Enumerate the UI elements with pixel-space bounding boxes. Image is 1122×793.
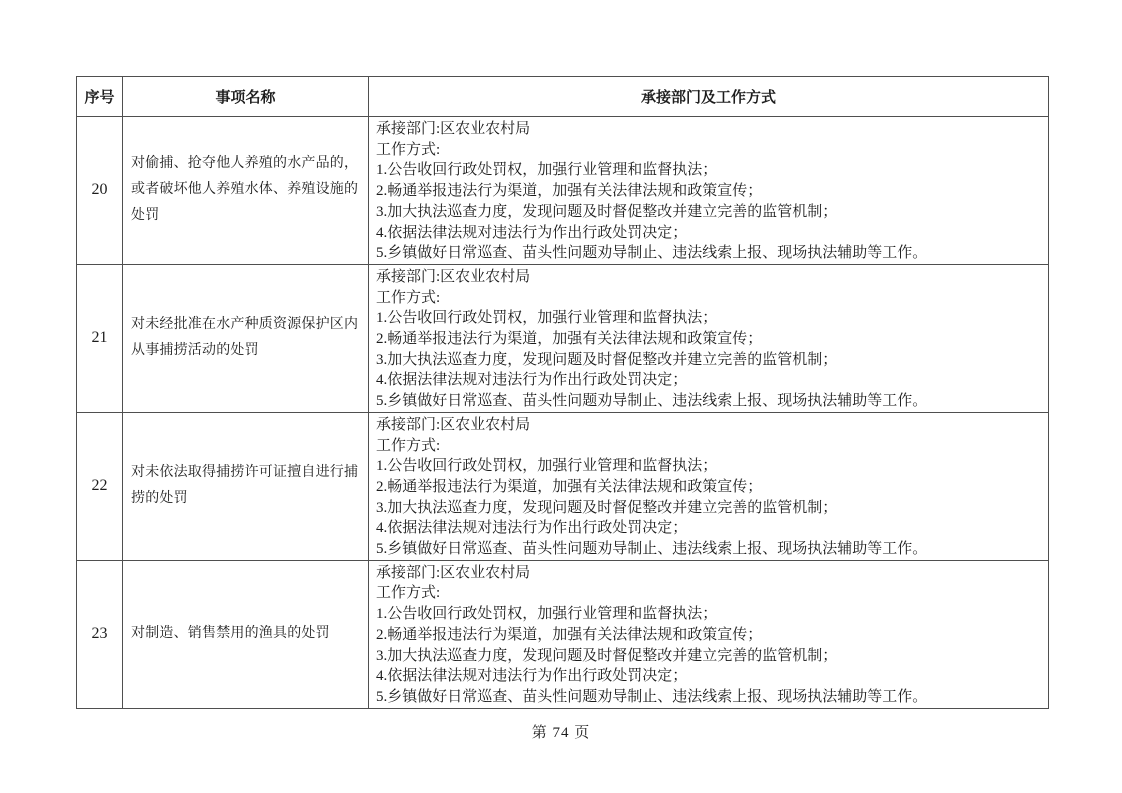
- method-item: 4.依据法律法规对违法行为作出行政处罚决定；: [376, 518, 1042, 539]
- method-item: 1.公告收回行政处罚权，加强行业管理和监督执法；: [376, 308, 1042, 329]
- item-name-cell: 对偷捕、抢夺他人养殖的水产品的，或者破坏他人养殖水体、养殖设施的处罚: [123, 117, 369, 265]
- method-item: 3.加大执法巡查力度，发现问题及时督促整改并建立完善的监管机制；: [376, 646, 1042, 667]
- method-item: 1.公告收回行政处罚权，加强行业管理和监督执法；: [376, 456, 1042, 477]
- table-row: 23 对制造、销售禁用的渔具的处罚 承接部门:区农业农村局 工作方式: 1.公告…: [77, 560, 1049, 708]
- header-item-name: 事项名称: [123, 77, 369, 117]
- method-item: 4.依据法律法规对违法行为作出行政处罚决定；: [376, 223, 1042, 244]
- method-label: 工作方式:: [376, 288, 1042, 309]
- method-item: 2.畅通举报违法行为渠道，加强有关法律法规和政策宣传；: [376, 329, 1042, 350]
- header-dept-method: 承接部门及工作方式: [369, 77, 1049, 117]
- dept-line: 承接部门:区农业农村局: [376, 267, 1042, 288]
- method-item: 2.畅通举报违法行为渠道，加强有关法律法规和政策宣传；: [376, 625, 1042, 646]
- item-name-cell: 对制造、销售禁用的渔具的处罚: [123, 560, 369, 708]
- dept-method-cell: 承接部门:区农业农村局 工作方式: 1.公告收回行政处罚权，加强行业管理和监督执…: [369, 412, 1049, 560]
- table-header-row: 序号 事项名称 承接部门及工作方式: [77, 77, 1049, 117]
- document-page: 序号 事项名称 承接部门及工作方式 20 对偷捕、抢夺他人养殖的水产品的，或者破…: [0, 0, 1122, 793]
- dept-method-cell: 承接部门:区农业农村局 工作方式: 1.公告收回行政处罚权，加强行业管理和监督执…: [369, 117, 1049, 265]
- page-number: 第 74 页: [0, 721, 1122, 742]
- method-item: 5.乡镇做好日常巡查、苗头性问题劝导制止、违法线索上报、现场执法辅助等工作。: [376, 243, 1042, 264]
- method-item: 5.乡镇做好日常巡查、苗头性问题劝导制止、违法线索上报、现场执法辅助等工作。: [376, 687, 1042, 708]
- item-name-cell: 对未经批准在水产种质资源保护区内从事捕捞活动的处罚: [123, 264, 369, 412]
- dept-method-cell: 承接部门:区农业农村局 工作方式: 1.公告收回行政处罚权，加强行业管理和监督执…: [369, 264, 1049, 412]
- seq-cell: 23: [77, 560, 123, 708]
- method-item: 4.依据法律法规对违法行为作出行政处罚决定；: [376, 666, 1042, 687]
- method-item: 5.乡镇做好日常巡查、苗头性问题劝导制止、违法线索上报、现场执法辅助等工作。: [376, 391, 1042, 412]
- method-item: 3.加大执法巡查力度，发现问题及时督促整改并建立完善的监管机制；: [376, 350, 1042, 371]
- header-seq-number: 序号: [77, 77, 123, 117]
- seq-cell: 21: [77, 264, 123, 412]
- table-row: 22 对未依法取得捕捞许可证擅自进行捕捞的处罚 承接部门:区农业农村局 工作方式…: [77, 412, 1049, 560]
- dept-method-cell: 承接部门:区农业农村局 工作方式: 1.公告收回行政处罚权，加强行业管理和监督执…: [369, 560, 1049, 708]
- table-row: 21 对未经批准在水产种质资源保护区内从事捕捞活动的处罚 承接部门:区农业农村局…: [77, 264, 1049, 412]
- table-row: 20 对偷捕、抢夺他人养殖的水产品的，或者破坏他人养殖水体、养殖设施的处罚 承接…: [77, 117, 1049, 265]
- dept-line: 承接部门:区农业农村局: [376, 563, 1042, 584]
- method-item: 3.加大执法巡查力度，发现问题及时督促整改并建立完善的监管机制；: [376, 498, 1042, 519]
- seq-cell: 20: [77, 117, 123, 265]
- method-item: 1.公告收回行政处罚权，加强行业管理和监督执法；: [376, 604, 1042, 625]
- method-label: 工作方式:: [376, 140, 1042, 161]
- dept-line: 承接部门:区农业农村局: [376, 119, 1042, 140]
- method-label: 工作方式:: [376, 583, 1042, 604]
- method-item: 5.乡镇做好日常巡查、苗头性问题劝导制止、违法线索上报、现场执法辅助等工作。: [376, 539, 1042, 560]
- method-item: 2.畅通举报违法行为渠道，加强有关法律法规和政策宣传；: [376, 477, 1042, 498]
- method-item: 3.加大执法巡查力度，发现问题及时督促整改并建立完善的监管机制；: [376, 202, 1042, 223]
- dept-line: 承接部门:区农业农村局: [376, 415, 1042, 436]
- item-name-cell: 对未依法取得捕捞许可证擅自进行捕捞的处罚: [123, 412, 369, 560]
- method-item: 4.依据法律法规对违法行为作出行政处罚决定；: [376, 370, 1042, 391]
- method-label: 工作方式:: [376, 436, 1042, 457]
- seq-cell: 22: [77, 412, 123, 560]
- matters-table: 序号 事项名称 承接部门及工作方式 20 对偷捕、抢夺他人养殖的水产品的，或者破…: [76, 76, 1049, 709]
- method-item: 2.畅通举报违法行为渠道，加强有关法律法规和政策宣传；: [376, 181, 1042, 202]
- method-item: 1.公告收回行政处罚权，加强行业管理和监督执法；: [376, 160, 1042, 181]
